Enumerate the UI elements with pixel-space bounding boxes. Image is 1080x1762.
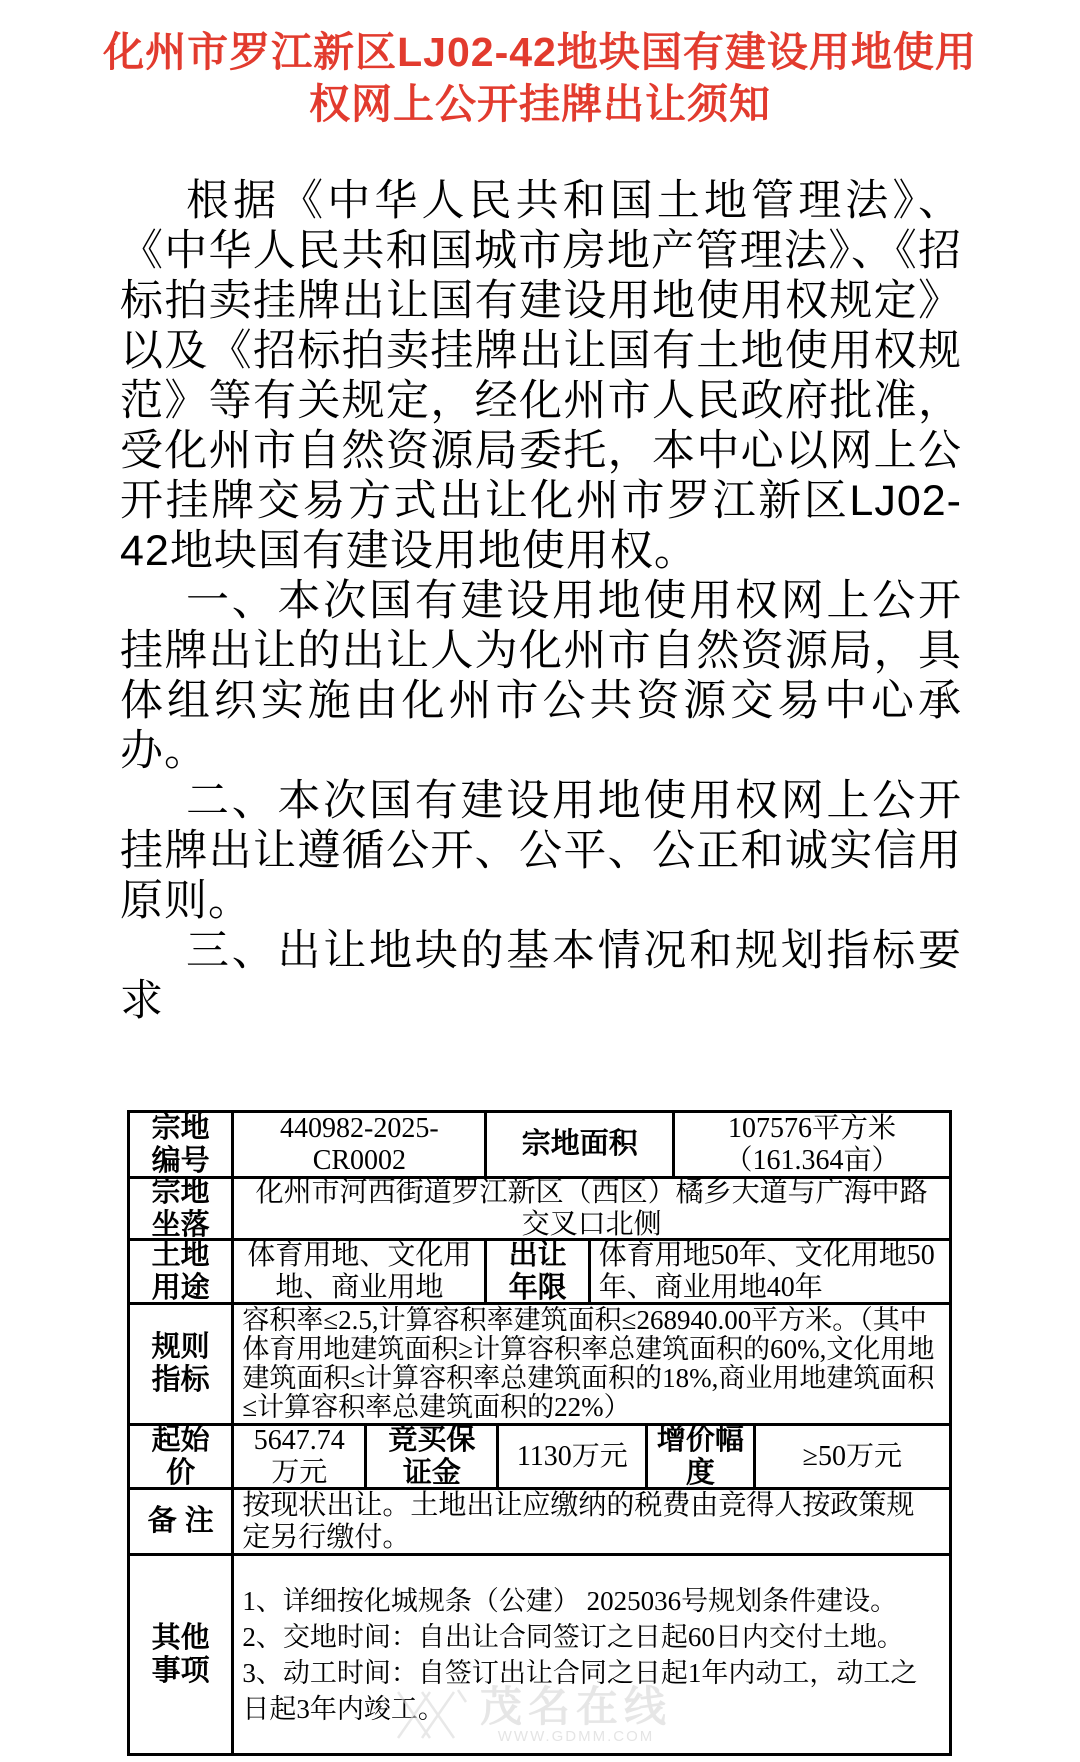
term-label: 出让年限 <box>484 1241 587 1302</box>
planning-indicators-value: 容积率≤2.5,计算容积率建筑面积≤268940.00平方米。（其中体育用地建筑… <box>231 1305 949 1423</box>
other-matters-label: 其他事项 <box>130 1556 231 1753</box>
parcel-area-value: 107576平方米（161.364亩） <box>672 1113 949 1176</box>
page-title-line1: 化州市罗江新区LJ02-42地块国有建设用地使用 <box>0 26 1080 78</box>
table-row-planning-indicators: 规则指标 容积率≤2.5,计算容积率建筑面积≤268940.00平方米。（其中体… <box>130 1305 949 1426</box>
paragraph-section-3: 三、出让地块的基本情况和规划指标要求 <box>120 926 962 1026</box>
parcel-info-table: 宗地编号 440982-2025-CR0002 宗地面积 107576平方米（1… <box>127 1110 952 1756</box>
table-row-remarks: 备 注 按现状出让。土地出让应缴纳的税费由竞得人按政策规定另行缴付。 <box>130 1490 949 1556</box>
table-row-location: 宗地坐落 化州市河西街道罗江新区（西区）橘乡大道与广海中路交叉口北侧 <box>130 1179 949 1241</box>
location-value: 化州市河西街道罗江新区（西区）橘乡大道与广海中路交叉口北侧 <box>231 1179 949 1238</box>
other-matters-item-2: 2、交地时间：自出让合同签订之日起60日内交付土地。 <box>242 1619 904 1655</box>
table-row-other-matters: 其他事项 1、详细按化城规条（公建） 2025036号规划条件建设。 2、交地时… <box>130 1556 949 1753</box>
deposit-value: 1130万元 <box>496 1426 645 1487</box>
increment-value: ≥50万元 <box>753 1426 950 1487</box>
increment-label: 增价幅度 <box>645 1426 752 1487</box>
starting-price-label: 起始价 <box>130 1426 231 1487</box>
document-body: 根据《中华人民共和国土地管理法》、《中华人民共和国城市房地产管理法》、《招标拍卖… <box>120 176 962 1026</box>
other-matters-item-3: 3、动工时间：自签订出让合同之日起1年内动工，动工之日起3年内竣工。 <box>242 1655 941 1727</box>
land-use-label: 土地用途 <box>130 1241 231 1302</box>
location-label: 宗地坐落 <box>130 1179 231 1238</box>
parcel-number-value: 440982-2025-CR0002 <box>231 1113 484 1176</box>
planning-indicators-label: 规则指标 <box>130 1305 231 1423</box>
table-row-land-use: 土地用途 体育用地、文化用地、商业用地 出让年限 体育用地50年、文化用地50年… <box>130 1241 949 1305</box>
parcel-area-label: 宗地面积 <box>484 1113 672 1176</box>
paragraph-section-1: 一、本次国有建设用地使用权网上公开挂牌出让的出让人为化州市自然资源局，具体组织实… <box>120 576 962 776</box>
term-value: 体育用地50年、文化用地50年、商业用地40年 <box>588 1241 949 1302</box>
document-page: 化州市罗江新区LJ02-42地块国有建设用地使用 权网上公开挂牌出让须知 根据《… <box>0 0 1080 1762</box>
table-row-parcel-number: 宗地编号 440982-2025-CR0002 宗地面积 107576平方米（1… <box>130 1113 949 1179</box>
land-use-value: 体育用地、文化用地、商业用地 <box>231 1241 484 1302</box>
starting-price-value: 5647.74万元 <box>231 1426 364 1487</box>
page-title-line2: 权网上公开挂牌出让须知 <box>0 78 1080 130</box>
other-matters-value: 1、详细按化城规条（公建） 2025036号规划条件建设。 2、交地时间：自出让… <box>231 1556 949 1753</box>
paragraph-section-2: 二、本次国有建设用地使用权网上公开挂牌出让遵循公开、公平、公正和诚实信用原则。 <box>120 776 962 926</box>
parcel-number-label: 宗地编号 <box>130 1113 231 1176</box>
remarks-label: 备 注 <box>130 1490 231 1553</box>
paragraph-legal-basis: 根据《中华人民共和国土地管理法》、《中华人民共和国城市房地产管理法》、《招标拍卖… <box>120 176 962 576</box>
table-row-prices: 起始价 5647.74万元 竞买保证金 1130万元 增价幅度 ≥50万元 <box>130 1426 949 1490</box>
deposit-label: 竞买保证金 <box>364 1426 496 1487</box>
page-title: 化州市罗江新区LJ02-42地块国有建设用地使用 权网上公开挂牌出让须知 <box>0 26 1080 130</box>
remarks-value: 按现状出让。土地出让应缴纳的税费由竞得人按政策规定另行缴付。 <box>231 1490 949 1553</box>
other-matters-item-1: 1、详细按化城规条（公建） 2025036号规划条件建设。 <box>242 1583 897 1619</box>
